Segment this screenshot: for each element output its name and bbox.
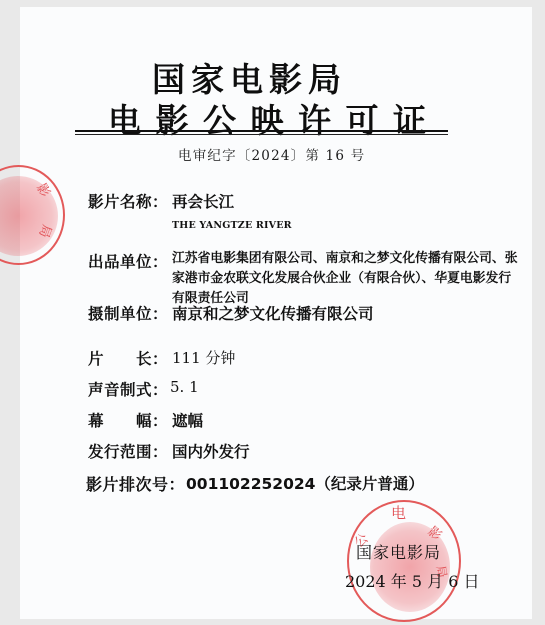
- production-company-value: 南京和之梦文化传播有限公司: [172, 302, 374, 324]
- title-rule-thick: [75, 130, 448, 132]
- film-title-value: 再会长江: [172, 190, 234, 212]
- runtime-value: 111 分钟: [172, 347, 235, 368]
- sound-format-label: 声音制式：: [88, 378, 168, 400]
- producer-label: 出品单位：: [88, 250, 168, 272]
- title-rule-thin: [75, 134, 448, 135]
- distribution-scope-label: 发行范围：: [88, 440, 168, 462]
- runtime-label-b: 长：: [136, 347, 168, 369]
- film-title-english: THE YANGTZE RIVER: [172, 220, 292, 231]
- production-company-label: 摄制单位：: [88, 302, 168, 324]
- document-number: 电审纪字〔2024〕第 16 号: [178, 144, 365, 164]
- signing-authority: 国家电影局: [356, 540, 441, 563]
- aspect-value: 遮幅: [172, 409, 203, 431]
- distribution-scope-value: 国内外发行: [172, 440, 250, 462]
- producer-line: 江苏省电影集团有限公司、南京和之梦文化传播有限公司、张: [172, 248, 518, 269]
- issuer-heading: 国家电影局: [152, 54, 347, 101]
- issue-date: 2024 年 5 月 6 日: [345, 569, 480, 592]
- runtime-label-a: 片: [88, 347, 104, 369]
- stamp-char: 电: [391, 502, 406, 523]
- producer-line: 家港市金农联文化发展合伙企业（有限合伙）、华夏电影发行: [172, 268, 511, 289]
- sound-format-value: 5. 1: [170, 378, 199, 396]
- screening-number-value: 001102252024（纪录片普通）: [186, 472, 424, 494]
- film-title-label: 影片名称：: [88, 190, 168, 212]
- screening-number-label: 影片排次号：: [86, 472, 185, 495]
- aspect-label-a: 幕: [88, 409, 104, 431]
- aspect-label-b: 幅：: [136, 409, 168, 431]
